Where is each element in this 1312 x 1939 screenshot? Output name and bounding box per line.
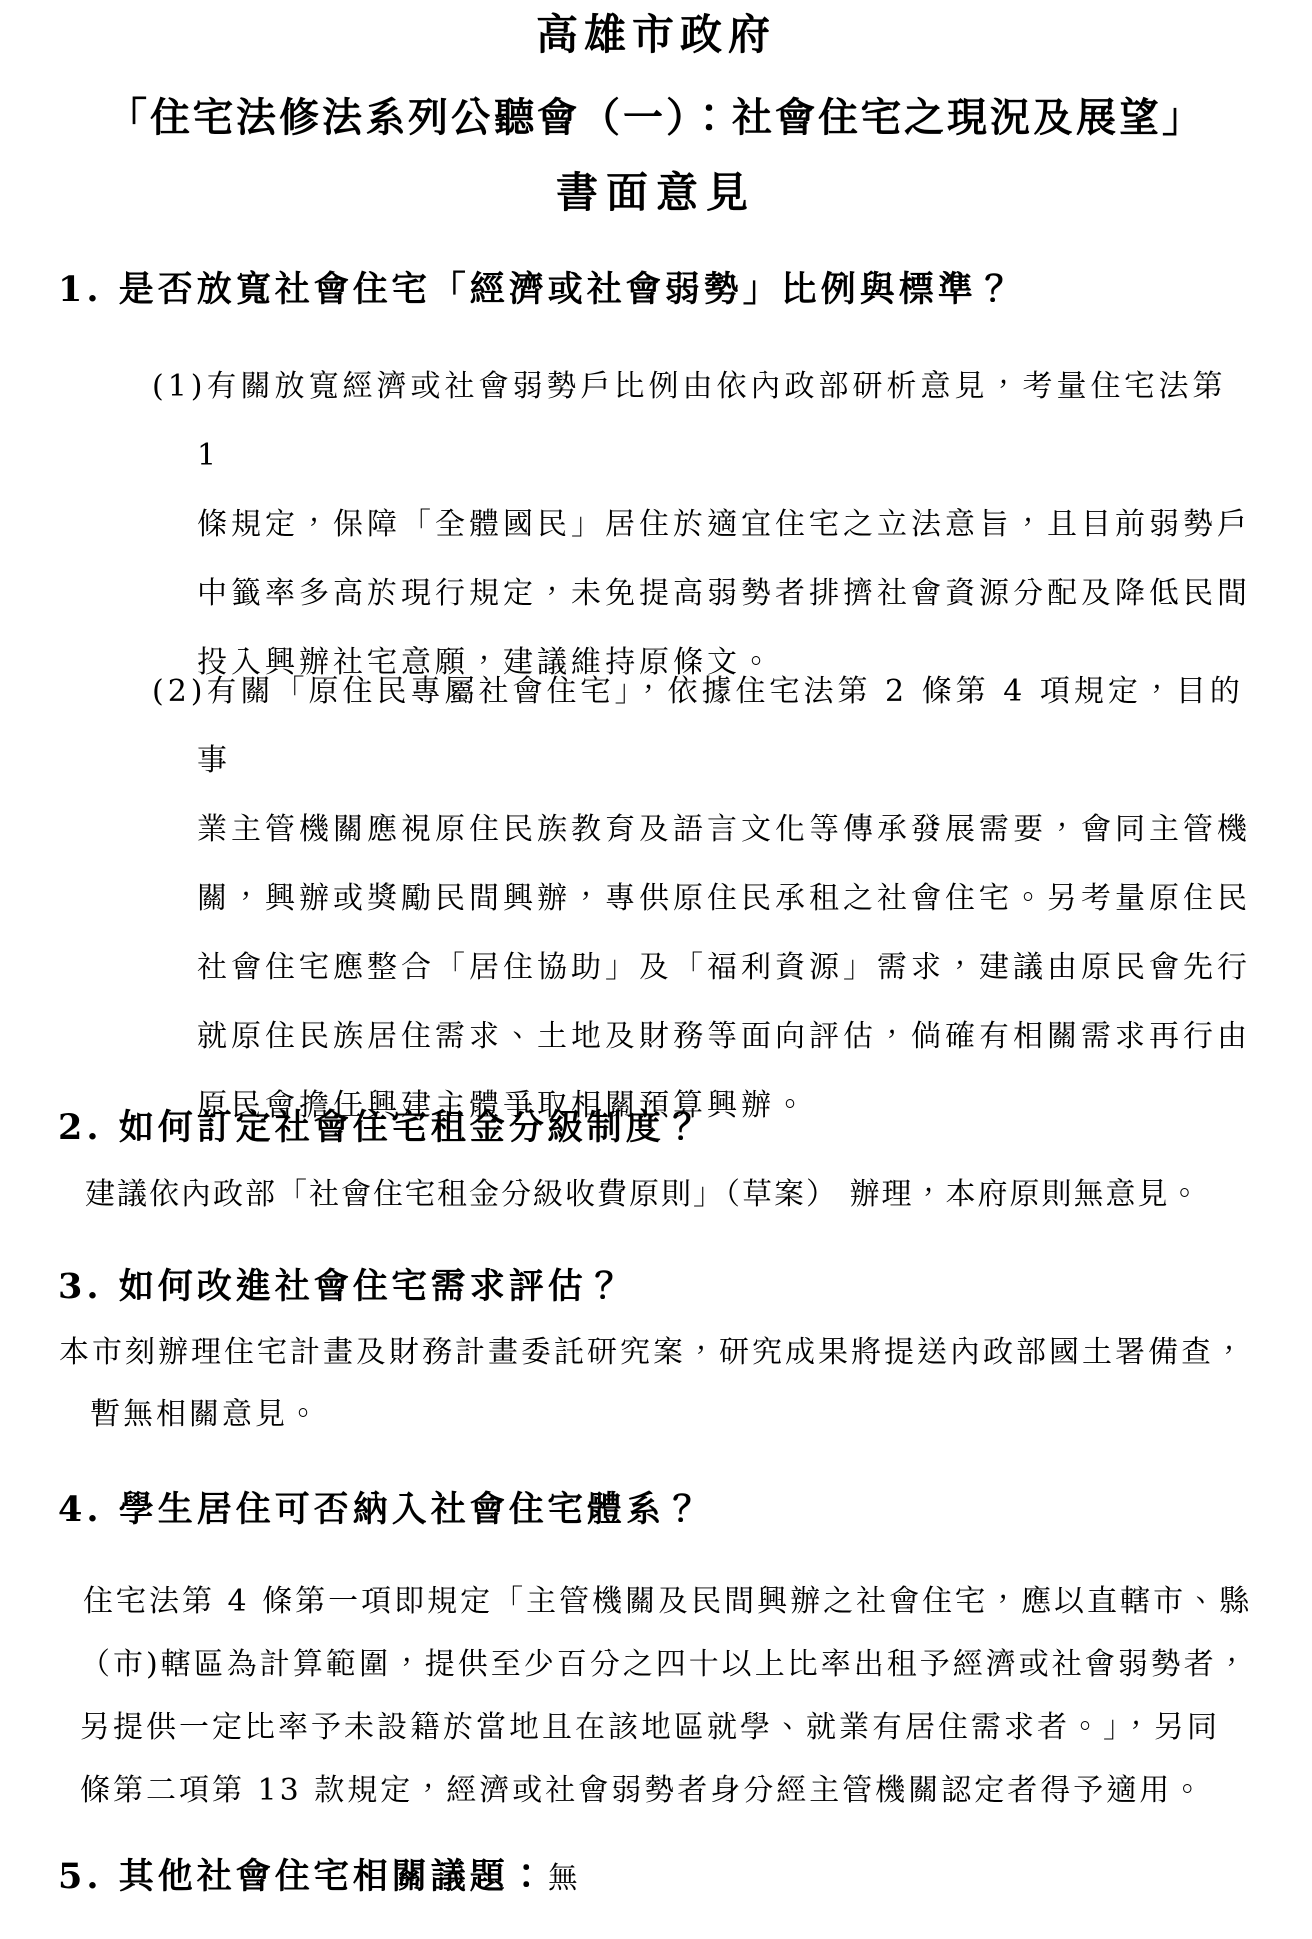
- question-4-heading: 4. 學生居住可否納入社會住宅體系？: [58, 1488, 704, 1532]
- document-page: 高雄市政府 「住宅法修法系列公聽會（一）：社會住宅之現況及展望」 書面意見 1.…: [0, 0, 1312, 1939]
- question-1-heading: 1. 是否放寬社會住宅「經濟或社會弱勢」比例與標準？: [58, 268, 1016, 312]
- question-5-row: 5. 其他社會住宅相關議題：無: [58, 1855, 580, 1901]
- question-5-answer: 無: [548, 1861, 580, 1896]
- question-2-heading: 2. 如何訂定社會住宅租金分級制度？: [58, 1106, 704, 1150]
- question-1-answer-item-2: (2)有關「原住民專屬社會住宅」，依據住宅法第 2 條第 4 項規定，目的事 業…: [0, 657, 1262, 1140]
- question-2-answer: 建議依內政部「社會住宅租金分級收費原則」（草案） 辦理，本府原則無意見。: [85, 1177, 1270, 1213]
- question-5-heading: 5. 其他社會住宅相關議題：: [58, 1856, 548, 1897]
- question-1-answer-item-1: (1)有關放寬經濟或社會弱勢戶比例由依內政部研析意見，考量住宅法第 1 條規定，…: [0, 352, 1262, 697]
- question-3-answer: 本市刻辦理住宅計畫及財務計畫委託研究案，研究成果將提送內政部國土署備查， 暫無相…: [0, 1322, 1270, 1446]
- document-type-title: 書面意見: [0, 168, 1312, 218]
- organization-title: 高雄市政府: [0, 10, 1312, 60]
- hearing-title: 「住宅法修法系列公聽會（一）：社會住宅之現況及展望」: [0, 92, 1312, 144]
- question-4-answer: 住宅法第 4 條第一項即規定「主管機關及民間興辦之社會住宅，應以直轄市、縣 （市…: [0, 1570, 1268, 1822]
- question-3-heading: 3. 如何改進社會住宅需求評估？: [58, 1265, 626, 1309]
